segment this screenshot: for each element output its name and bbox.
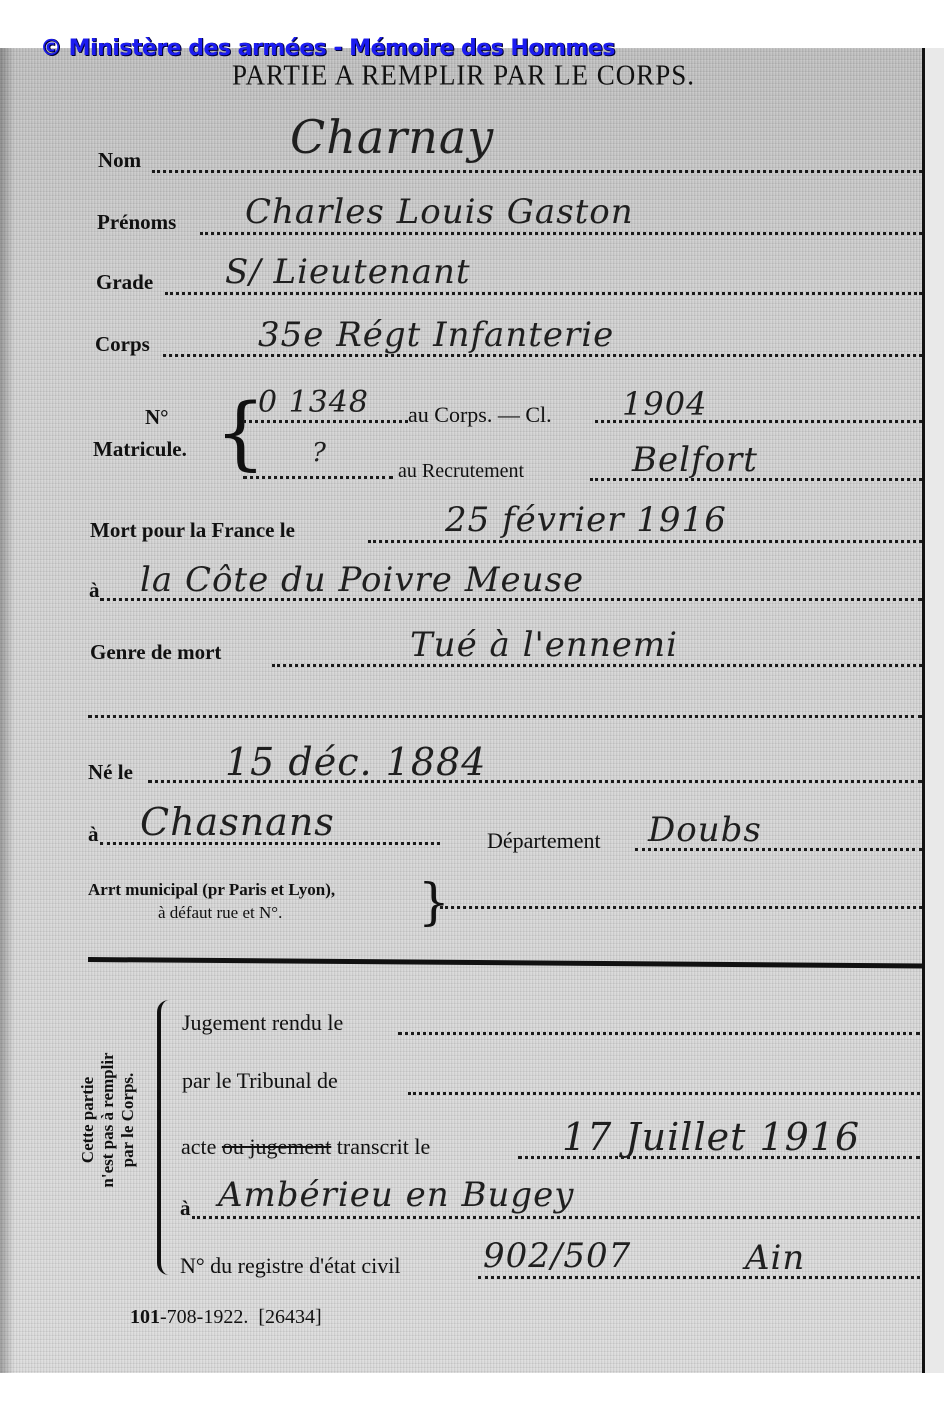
form-heading: PARTIE A REMPLIR PAR LE CORPS.	[232, 59, 695, 92]
copyright-watermark: © Ministère des armées - Mémoire des Hom…	[40, 36, 615, 61]
form-reference: 101-708-1922. [26434]	[130, 1306, 322, 1329]
genre-de-mort-label: Genre de mort	[90, 640, 221, 665]
prenoms-label: Prénoms	[97, 210, 176, 235]
recrutement-label: au Recrutement	[398, 460, 524, 483]
form-code: -708-1922.	[160, 1306, 248, 1328]
civil-section-brace	[157, 1000, 171, 1275]
jugement-rendu-line	[398, 1032, 920, 1035]
transcrit-label: acte ou jugement transcrit le	[181, 1134, 430, 1160]
jugement-rendu-label: Jugement rendu le	[182, 1010, 343, 1036]
form-code-bold: 101	[130, 1306, 160, 1328]
grade-line	[165, 292, 922, 295]
registre-line	[478, 1276, 920, 1279]
mort-le-value: 25 février 1916	[445, 500, 727, 540]
lieu-line	[192, 1216, 920, 1219]
nom-value: Charnay	[290, 110, 494, 164]
mort-a-label: à	[89, 578, 100, 603]
transcrit-suffix: transcrit le	[337, 1134, 430, 1159]
registre-extra: Ain	[745, 1238, 805, 1278]
departement-label: Département	[487, 828, 601, 854]
ne-a-value: Chasnans	[140, 800, 335, 844]
arrt-municipal-line	[440, 906, 922, 909]
side-note: Cette partie n'est pas à remplir par le …	[78, 1010, 138, 1230]
form-ref-number: [26434]	[258, 1306, 321, 1328]
arrt-municipal-sublabel: à défaut rue et N°.	[158, 903, 282, 923]
mort-a-value: la Côte du Poivre Meuse	[140, 560, 584, 600]
corps-value: 35e Régt Infanterie	[258, 315, 614, 355]
side-note-line-2: n'est pas à remplir	[98, 1010, 118, 1230]
recrutement-number-value: ?	[312, 438, 327, 468]
mort-le-line	[368, 540, 922, 543]
registre-label: N° du registre d'état civil	[180, 1253, 400, 1279]
classe-value: 1904	[622, 385, 707, 423]
nom-line	[152, 170, 922, 173]
side-note-line-3: par le Corps.	[118, 1010, 138, 1230]
tribunal-label: par le Tribunal de	[182, 1068, 338, 1094]
genre-de-mort-value: Tué à l'ennemi	[410, 625, 678, 665]
ne-le-label: Né le	[88, 760, 133, 785]
prenoms-line	[200, 232, 922, 235]
nom-label: Nom	[98, 148, 141, 173]
recrutement-value: Belfort	[632, 440, 758, 480]
matricule-label-no: N°	[145, 405, 169, 430]
grade-label: Grade	[96, 270, 153, 295]
tribunal-line	[408, 1092, 920, 1095]
prenoms-value: Charles Louis Gaston	[245, 192, 634, 232]
transcrit-prefix: acte	[181, 1134, 216, 1159]
transcrit-value: 17 Juillet 1916	[562, 1115, 860, 1159]
scan-margin	[925, 48, 944, 1373]
arrt-brace: }	[418, 872, 450, 932]
matricule-corps-line	[243, 420, 408, 423]
matricule-corps-label: au Corps. — Cl.	[408, 402, 552, 428]
lieu-value: Ambérieu en Bugey	[218, 1175, 574, 1215]
grade-value: S/ Lieutenant	[225, 252, 471, 292]
arrt-municipal-label: Arrt municipal (pr Paris et Lyon),	[88, 880, 335, 900]
recrutement-number-line	[243, 476, 393, 479]
mort-le-label: Mort pour la France le	[90, 518, 295, 543]
blank-line	[88, 715, 922, 718]
side-note-line-1: Cette partie	[78, 1010, 98, 1230]
ne-le-value: 15 déc. 1884	[225, 740, 486, 784]
ne-a-label: à	[88, 822, 99, 847]
transcrit-struck: ou jugement	[222, 1134, 331, 1159]
lieu-label: à	[180, 1196, 191, 1221]
matricule-label: Matricule.	[93, 437, 187, 462]
matricule-corps-value: 0 1348	[258, 385, 369, 420]
registre-value: 902/507	[483, 1236, 631, 1276]
departement-value: Doubs	[648, 810, 762, 850]
corps-label: Corps	[95, 332, 150, 357]
